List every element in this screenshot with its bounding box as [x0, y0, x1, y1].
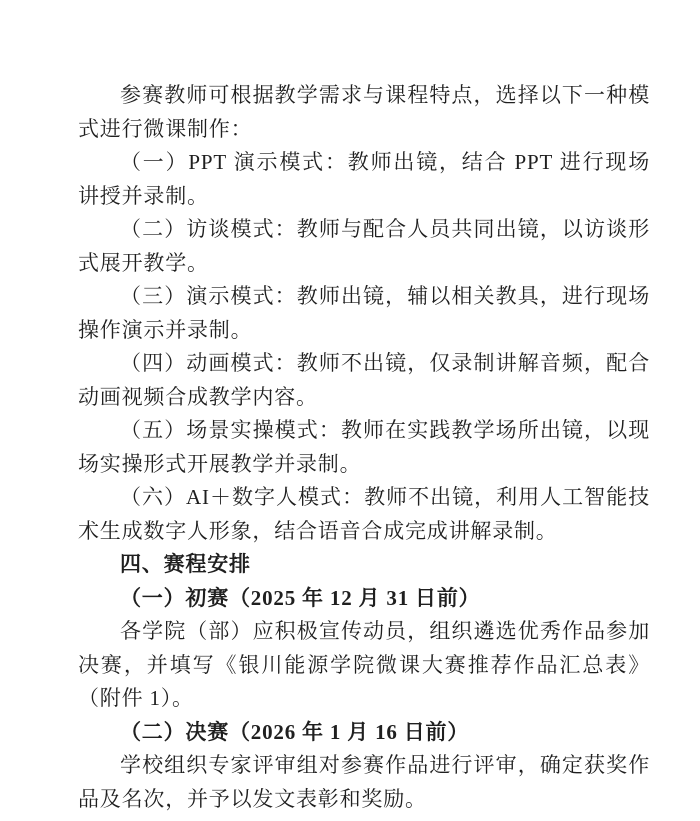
document-body: 参赛教师可根据教学需求与课程特点，选择以下一种模式进行微课制作： （一）PPT … — [78, 79, 650, 816]
paragraph-mode-2-interview: （二）访谈模式：教师与配合人员共同出镜，以访谈形式展开教学。 — [78, 213, 650, 280]
subsection-heading-final-round: （二）决赛（2026 年 1 月 16 日前） — [78, 716, 650, 750]
document-page: 参赛教师可根据教学需求与课程特点，选择以下一种模式进行微课制作： （一）PPT … — [0, 0, 700, 821]
paragraph-mode-4-animation: （四）动画模式：教师不出镜，仅录制讲解音频，配合动画视频合成教学内容。 — [78, 347, 650, 414]
paragraph-mode-1-ppt: （一）PPT 演示模式：教师出镜，结合 PPT 进行现场讲授并录制。 — [78, 146, 650, 213]
paragraph-preliminary-round-detail: 各学院（部）应积极宣传动员，组织遴选优秀作品参加决赛，并填写《银川能源学院微课大… — [78, 615, 650, 716]
paragraph-mode-6-ai-digital-human: （六）AI＋数字人模式：教师不出镜，利用人工智能技术生成数字人形象，结合语音合成… — [78, 481, 650, 548]
paragraph-mode-3-demonstration: （三）演示模式：教师出镜，辅以相关教具，进行现场操作演示并录制。 — [78, 280, 650, 347]
subsection-heading-preliminary-round: （一）初赛（2025 年 12 月 31 日前） — [78, 582, 650, 616]
section-heading-schedule: 四、赛程安排 — [78, 548, 650, 582]
paragraph-mode-5-scene-practice: （五）场景实操模式：教师在实践教学场所出镜，以现场实操形式开展教学并录制。 — [78, 414, 650, 481]
paragraph-mode-intro: 参赛教师可根据教学需求与课程特点，选择以下一种模式进行微课制作： — [78, 79, 650, 146]
paragraph-final-round-detail: 学校组织专家评审组对参赛作品进行评审，确定获奖作品及名次，并予以发文表彰和奖励。 — [78, 749, 650, 816]
